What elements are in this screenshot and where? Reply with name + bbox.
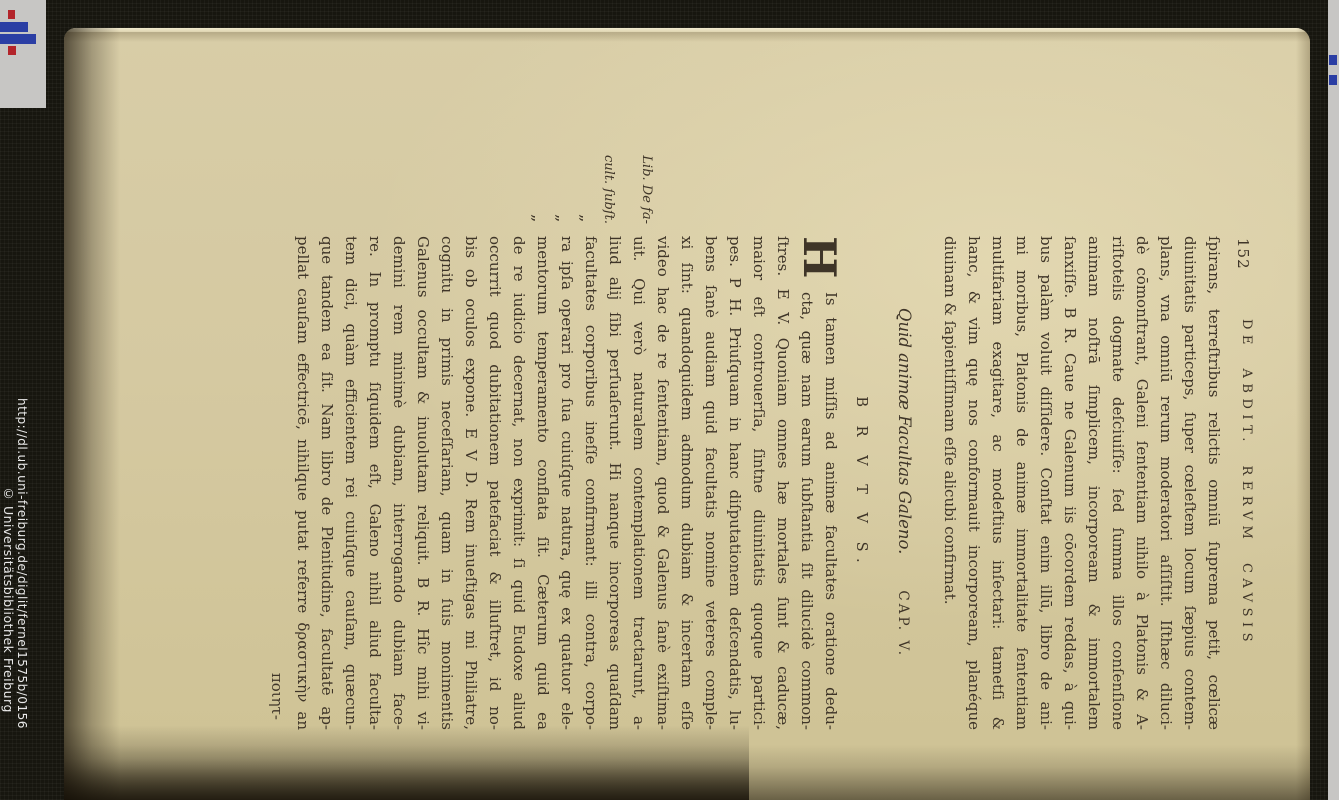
- text-line: ſpirans, terreſtribus relictis omniū ſup…: [1202, 236, 1226, 730]
- text-line: mi moribus, Platonis de animæ immortalit…: [1010, 236, 1034, 730]
- marginal-note: cult. ſubſt.: [601, 74, 616, 224]
- calibration-blue-bar: [0, 34, 36, 44]
- calibration-blue-bar: [0, 22, 28, 32]
- text-line: hanc, & vim quę nos conformauit incorpor…: [962, 236, 986, 730]
- text-line: de re iudicio decernat, non exprimit: ſi…: [507, 236, 531, 730]
- calibration-red-mark: [8, 46, 16, 55]
- chapter-title: Quid animæ Facultas Galeno.: [895, 308, 914, 554]
- scanner-background: http://dl.ub.uni-freiburg.de/diglit/fern…: [0, 0, 1339, 800]
- text-line: ſanxiſſe. B R. Caue ne Galenum iis cōcor…: [1058, 236, 1082, 730]
- text-line: demini rem minimè dubiam, interrogando d…: [387, 236, 411, 730]
- quote-mark: „: [553, 214, 572, 222]
- text-line: uit. Qui verò naturalem contemplationem …: [627, 236, 651, 730]
- quote-mark: „: [529, 214, 548, 222]
- text-line: tem dici, quàm efficientem rei cuiuſque …: [339, 236, 363, 730]
- calibration-gray-patch: [0, 0, 46, 108]
- text-line: bis ob oculos expone. E V D. Rem inueſti…: [459, 236, 483, 730]
- text-line: Is tamen miſſis ad animæ facultates orat…: [819, 236, 843, 730]
- text-line: cognitu in primis neceſſariam, quam in ſ…: [435, 236, 459, 730]
- text-line: diuinam & ſapientiſſimam eſſe alicubi co…: [938, 236, 962, 730]
- text-line: ſtres. E V. Quoniam omnes hæ mortales ſu…: [771, 236, 795, 730]
- text-line: pellat cauſam effectricē, nihilque putat…: [291, 236, 315, 730]
- calibration-blue-mark: [1329, 55, 1337, 65]
- text-line: que tandem ea ſit. Nam libro de Plenitud…: [315, 236, 339, 730]
- text-line: riſtotelis dogmate deſciuiſſe: ſed ſumma…: [1106, 236, 1130, 730]
- text-line: video hac de re ſententiam, quod & Galen…: [651, 236, 675, 730]
- chapter-cap-label: CAP. V.: [895, 590, 911, 658]
- text-line: bus palàm voluit diſſidere. Conſtat enim…: [1034, 236, 1058, 730]
- text-line: multifariam exagitare, ac modeſtius inſe…: [986, 236, 1010, 730]
- calibration-gray-strip: [1328, 0, 1339, 800]
- text-line: animam noſtrā ſimplicem, incorpoream & i…: [1082, 236, 1106, 730]
- text-line: diuinitatis particeps, ſuper cœleſtem lo…: [1178, 236, 1202, 730]
- page-number: 152: [1234, 238, 1252, 270]
- copyright-watermark: © Universitätsbibliothek Freiburg: [1, 486, 16, 713]
- text-line: cta, quæ nam earum ſubſtantia ſit diluci…: [795, 236, 819, 730]
- page-header: 152 DE ABDIT. RERVM CAVSIS: [1224, 236, 1254, 730]
- running-title: DE ABDIT. RERVM CAVSIS: [1239, 236, 1254, 730]
- url-watermark: http://dl.ub.uni-freiburg.de/diglit/fern…: [15, 398, 29, 729]
- text-line: maior eſt controuerſia, ſintne diuinitat…: [747, 236, 771, 730]
- book-page: 152 DE ABDIT. RERVM CAVSIS ſpirans, terr…: [64, 28, 1310, 800]
- page-sheet: 152 DE ABDIT. RERVM CAVSIS ſpirans, terr…: [64, 28, 1310, 798]
- text-line: pes. P H. Priuſquam in hanc diſputatione…: [723, 236, 747, 730]
- speaker-heading: B R V T V S.: [853, 236, 869, 730]
- intro-paragraph: ſpirans, terreſtribus relictis omniū ſup…: [938, 236, 1226, 730]
- quote-mark: „: [577, 214, 596, 222]
- calibration-blue-mark: [1329, 75, 1337, 85]
- text-line: occurrit quod dubitationem patefaciat & …: [483, 236, 507, 730]
- main-paragraph: H Is tamen miſſis ad animæ facultates or…: [291, 236, 843, 730]
- text-line: Galenus occultam & inuolutam reliquit. B…: [411, 236, 435, 730]
- text-line: dè cōmonſtrant, Galeni ſententiam nihilo…: [1130, 236, 1154, 730]
- text-line: plans, vna omniū rerum moderatori aſſiſt…: [1154, 236, 1178, 730]
- text-line: ra ipſa operari pro ſua cuiuſque natura,…: [555, 236, 579, 730]
- text-line: re. In promptu ſiquidem eſt, Galeno nihi…: [363, 236, 387, 730]
- calibration-red-mark: [8, 10, 15, 19]
- chapter-heading: Quid animæ Facultas Galeno. CAP. V.: [895, 236, 914, 730]
- text-line: mentorum temperamento conflata ſit. Cæte…: [531, 236, 555, 730]
- text-line: bens ſanè audiam quid facultatis nomine …: [699, 236, 723, 730]
- text-line: liud alij ſibi perſuaſerunt. Hi nanque i…: [603, 236, 627, 730]
- marginal-note: Lib. De fa-: [639, 74, 654, 224]
- text-line: xi ſint: quandoquidem admodum dubiam & i…: [675, 236, 699, 730]
- text-line: facultates corporibus ineſſe confirmant:…: [579, 236, 603, 730]
- catchword: ποιητ-: [268, 236, 286, 720]
